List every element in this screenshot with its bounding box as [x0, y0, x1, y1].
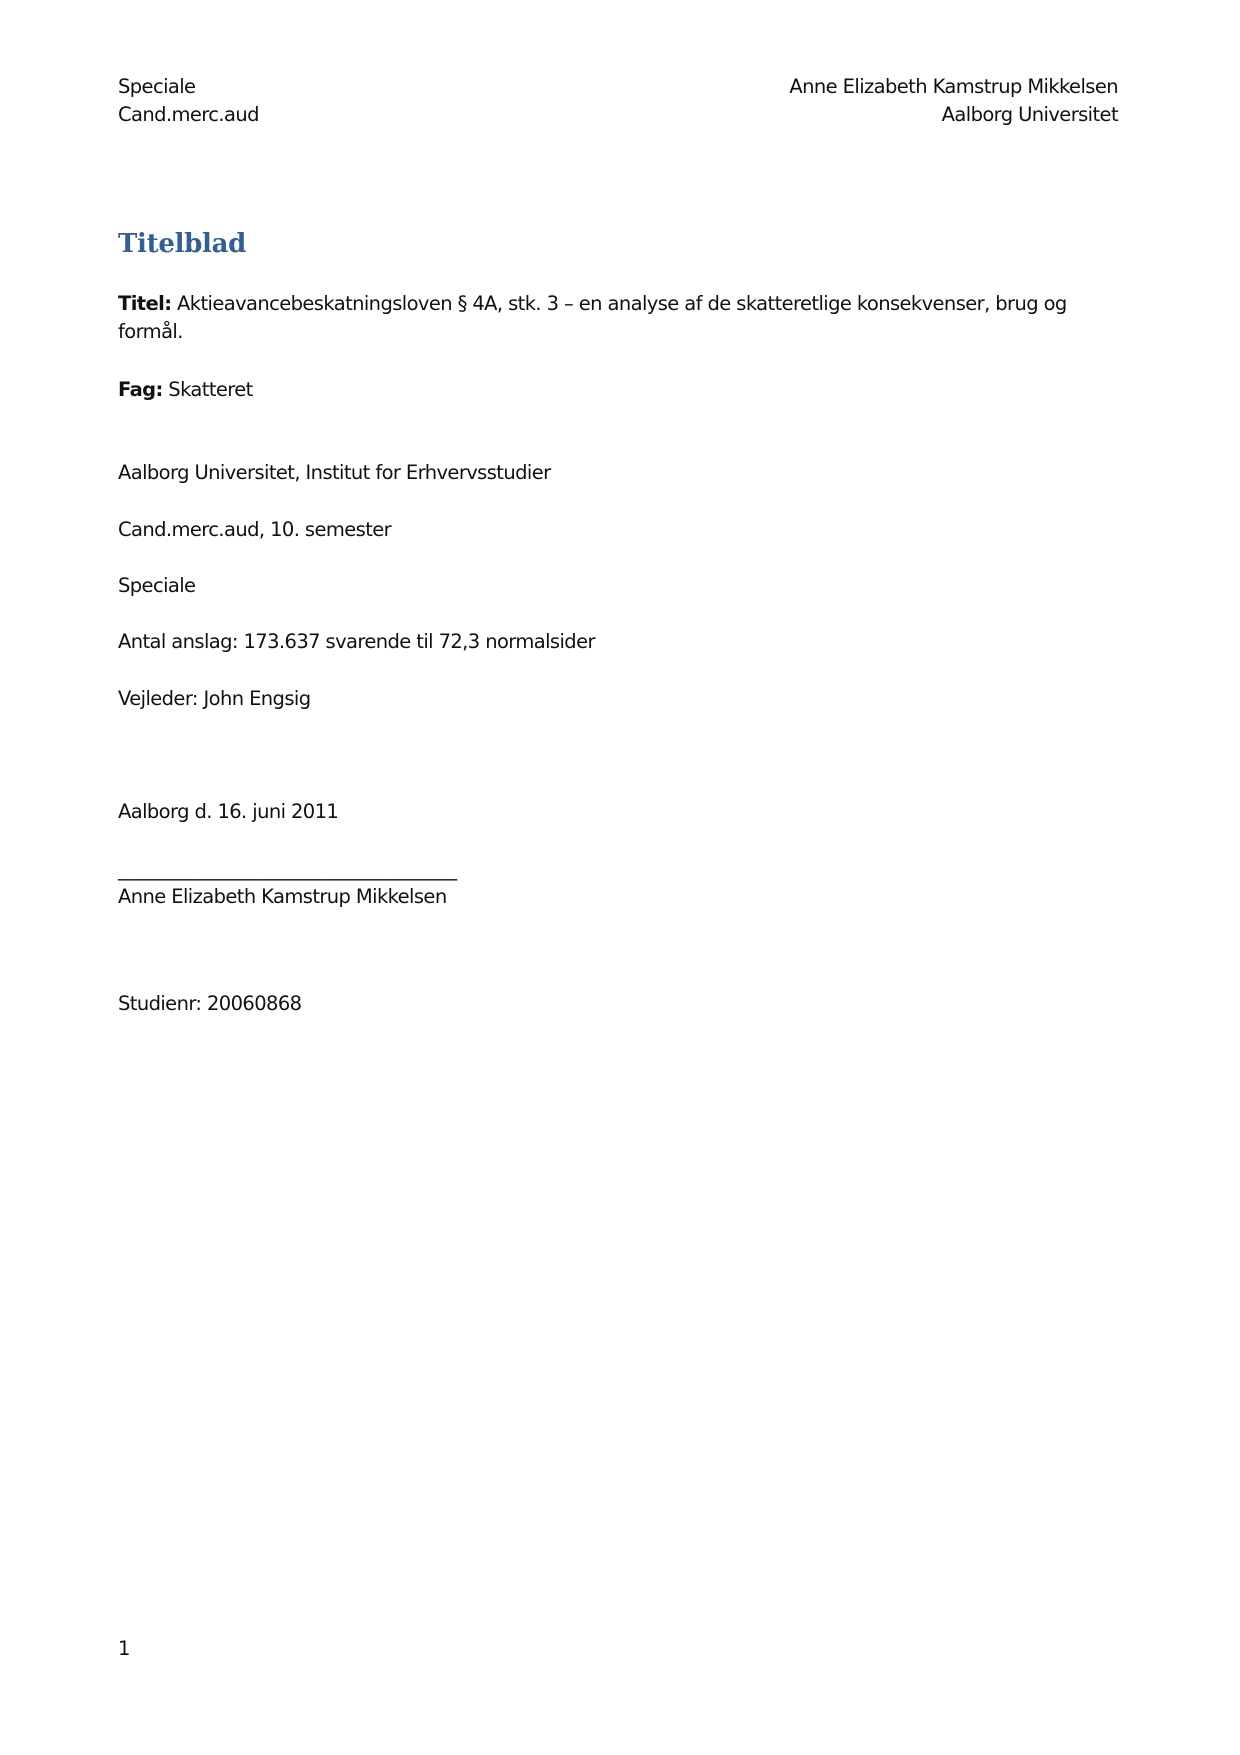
place-date: Aalborg d. 16. juni 2011: [118, 800, 338, 824]
supervisor: Vejleder: John Engsig: [118, 687, 310, 711]
header-program: Cand.merc.aud: [118, 103, 259, 127]
subject-label: Fag:: [118, 378, 163, 401]
header-author: Anne Elizabeth Kamstrup Mikkelsen: [789, 75, 1118, 99]
thesis-type: Speciale: [118, 574, 195, 598]
page-title: Titelblad: [118, 228, 246, 260]
header-course: Speciale: [118, 75, 195, 99]
program-semester: Cand.merc.aud, 10. semester: [118, 518, 391, 542]
institution: Aalborg Universitet, Institut for Erhver…: [118, 461, 551, 485]
title-field: Titel: Aktieavancebeskatningsloven § 4A,…: [118, 290, 1118, 346]
signature-name: Anne Elizabeth Kamstrup Mikkelsen: [118, 885, 447, 909]
page-number: 1: [118, 1637, 130, 1661]
character-count: Antal anslag: 173.637 svarende til 72,3 …: [118, 630, 595, 654]
header-university: Aalborg Universitet: [942, 103, 1118, 127]
subject-field: Fag: Skatteret: [118, 378, 253, 402]
title-value: Aktieavancebeskatningsloven § 4A, stk. 3…: [118, 292, 1067, 343]
student-number: Studienr: 20060868: [118, 992, 301, 1016]
title-label: Titel:: [118, 292, 171, 315]
subject-value: Skatteret: [163, 378, 253, 401]
signature-line: _____________________________________: [118, 858, 457, 882]
